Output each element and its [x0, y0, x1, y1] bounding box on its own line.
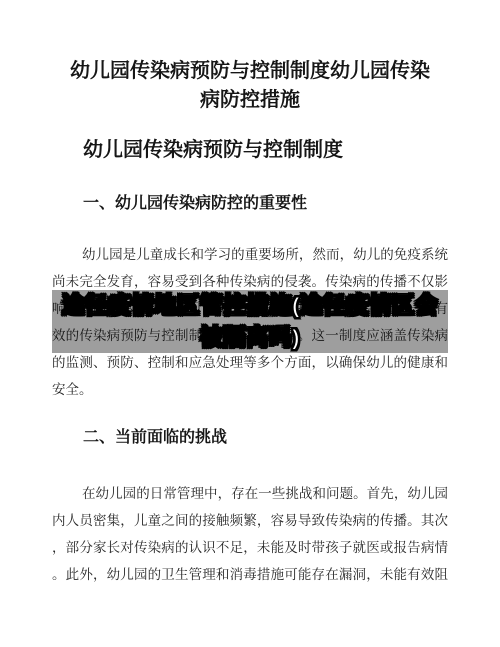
document-page: 幼儿园传染病预防与控制制度幼儿园传染 病防控措施 幼儿园传染病预防与控制制度 一…: [0, 0, 500, 647]
paragraph-line: 。此外，幼儿园的卫生管理和消毒措施可能存在漏洞，未能有效阻: [52, 561, 448, 588]
paragraph-line: 内人员密集，儿童之间的接触频繁，容易导致传染病的传播。其次: [52, 507, 448, 534]
paragraph-line: 幼儿园是儿童成长和学习的重要场所，然而，幼儿的免疫系统: [52, 241, 448, 268]
watermark-line-1: 途径疫情地区管控措施(途径疫情区会: [52, 290, 448, 322]
section-2-paragraph: 在幼儿园的日常管理中，存在一些挑战和问题。首先，幼儿园 内人员密集，儿童之间的接…: [52, 480, 448, 588]
watermark-overlay: 途径疫情地区管控措施(途径疫情区会 被隔离吗): [52, 290, 448, 353]
paragraph-line: 安全。: [52, 376, 448, 403]
document-title: 幼儿园传染病预防与控制制度幼儿园传染 病防控措施: [52, 57, 448, 115]
paragraph-line: 在幼儿园的日常管理中，存在一些挑战和问题。首先，幼儿园: [52, 480, 448, 507]
section-1-heading: 一、幼儿园传染病防控的重要性: [83, 193, 307, 214]
paragraph-line: ，部分家长对传染病的认识不足，未能及时带孩子就医或报告病情: [52, 534, 448, 561]
paragraph-line: 的监测、预防、控制和应急处理等多个方面，以确保幼儿的健康和: [52, 349, 448, 376]
main-heading: 幼儿园传染病预防与控制制度: [83, 137, 343, 163]
section-2-heading: 二、当前面临的挑战: [83, 427, 227, 448]
document-title-line-2: 病防控措施: [52, 86, 448, 115]
document-title-line-1: 幼儿园传染病预防与控制制度幼儿园传染: [52, 57, 448, 86]
watermark-line-2: 被隔离吗): [52, 322, 448, 354]
